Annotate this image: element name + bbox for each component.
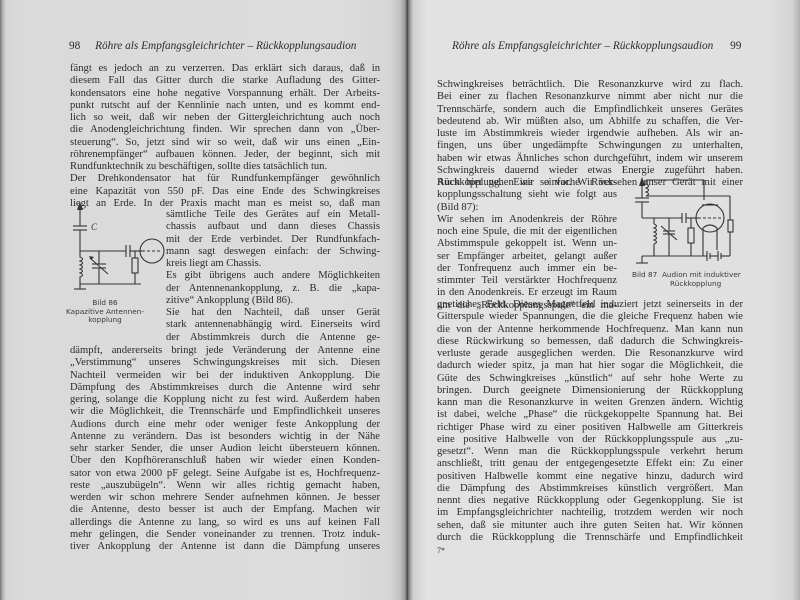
text-line: ist dabei, welche „Phase“ die rückgekopp… [437,409,743,421]
left-page-header: 98 Röhre als Empfangsgleichrichter – Rüc… [69,40,356,52]
text-line: Antenne zu verändern. Das ist besonders … [70,431,380,443]
text-line: eine positive Halbwelle von der Rückkopp… [437,434,743,446]
text-line: bedeutend ab. Wir müßten also, um Abhilf… [437,116,743,128]
text-line: kondensators eine hohe negative Vorspann… [70,88,380,100]
text-line: mann sagt deswegen einfach: der Schwing- [166,246,380,258]
page-number: 99 [730,40,741,52]
text-line: Gitterspule wieder Spannungen, die die g… [437,311,743,323]
text-line: anschließt, tritt genau der entgegengese… [437,458,743,470]
figure-caption-line: kopplung [55,316,155,325]
text-line: werden wir schon mehrere Sender aufnehme… [70,492,380,504]
text-line: Bei einer zu flachen Resonanzkurve nimmt… [437,91,743,103]
text-line: mit der Erde verbindet. Der Rundfunkfach… [166,234,380,246]
text-line: durch die Rückkopplung die Trennschärfe … [437,532,743,544]
text-line: Rückkopplung. Eine einfache Rück- [437,177,617,189]
text-line: der Abstimmkreis durch die Antenne ge- [166,332,380,344]
figure-label: Bild 87 [632,270,657,279]
text-line: die Anodengleichrichtung finden. Wir spr… [70,124,380,136]
running-title: Röhre als Empfangsgleichrichter – Rückko… [452,40,713,52]
text-line: reste „auszubügeln“. Wenn wir alles rich… [70,480,380,492]
text-line: Wir sehen im Anodenkreis der Röhre [437,214,617,226]
circuit-diagram-capacitive-coupling: C [66,200,166,292]
text-line: tiver Ankopplung der Antenne ist dann di… [70,541,380,553]
paragraph-block: Schwingkreises beträchtlich. Die Resonan… [437,79,743,189]
text-line: Sie hat den Nachteil, daß unser Gerät [166,307,380,319]
text-line: punkt rutscht auf der Kennlinie nach unt… [70,100,380,112]
text-line: Der Drehkondensator hat für Rundfunkempf… [70,173,380,185]
signature-mark: 7* [437,546,445,555]
text-line: ser Empfänger arbeitet, gelangt außer [437,251,617,263]
right-page: Röhre als Empfangsgleichrichter – Rückko… [407,0,800,600]
text-line: noch eine Spule, die mit der eigentliche… [437,226,617,238]
paragraph-block: dämpft, andererseits bringt jede Verände… [70,345,380,553]
text-line: allerdings die Antenne zu lang, so wird … [70,517,380,529]
paragraph-block-wrap: sämtliche Teile des Gerätes auf ein Meta… [166,209,380,344]
text-line: dadurch wieder spitz, ja man hat hier so… [437,360,743,372]
text-line: stimmter Teil verstärkter Hochfrequenz [437,275,617,287]
text-line: gnetisches Feld. Dieses Magnetfeld induz… [437,299,743,311]
text-line: „Verstimmung“ unseres Schwingungskreises… [70,357,380,369]
text-line: verluste gerade ausgeglichen werden. Die… [437,348,743,360]
text-line: kreis liegt am Chassis. [166,258,380,270]
text-line: (Bild 87): [437,202,617,214]
text-line: Über den Kopfhöreranschluß haben wir wie… [70,455,380,467]
book-spread: 98 Röhre als Empfangsgleichrichter – Rüc… [0,0,800,600]
figure-caption: Bild 86 Kapazitive Antennen- kopplung [55,299,155,325]
text-line: bringen. Durch geeignete Dimensionierung… [437,385,743,397]
text-line: der Tonfrequenz auch immer ein be- [437,263,617,275]
text-line: die Antenne, desto besser ist auch der E… [70,504,380,516]
text-line: der Antennenankopplung, z. B. die „kapa- [166,283,380,295]
text-line: nennt dies negative Rückkopplung oder Ge… [437,495,743,507]
text-line: diesem Fall das Gitter durch die starke … [70,75,380,87]
left-page: 98 Röhre als Empfangsgleichrichter – Rüc… [0,0,407,600]
text-line: Rundfunktechnik zu beschäftigen, sollte … [70,161,380,173]
text-line: steuerung“. So, jetzt sind wir so weit, … [70,137,380,149]
paragraph-block: gnetisches Feld. Dieses Magnetfeld induz… [437,299,743,544]
text-line: mehr gelingen, die Sender voneinander zu… [70,529,380,541]
text-line: Es gibt übrigens auch andere Möglichkeit… [166,270,380,282]
text-line: die von der Antenne herkommende Hochfreq… [437,324,743,336]
text-line: chassis aufbaut und dann dieses Chassis [166,221,380,233]
text-line: kann man die Resonanzkurve in weiten Gre… [437,397,743,409]
text-line: fängt es jedoch an zu verzerren. Das erk… [70,63,380,75]
text-line: Dämpfung des Abstimmkreises durch die An… [70,382,380,394]
text-line: sator von etwa 2000 pF gelegt. Seine Auf… [70,468,380,480]
running-title: Röhre als Empfangsgleichrichter – Rückko… [95,40,356,52]
text-line: Nachteil vermeiden wir bei der induktive… [70,370,380,382]
capacitor-label: C [91,222,98,232]
text-line: Audions durch eine mehr oder weniger fes… [70,419,380,431]
text-line: Abstimmspule gekoppelt ist. Wenn un- [437,238,617,250]
text-line: lich so weit, daß wir neben der Gittergl… [70,112,380,124]
text-line: in den Anodenkreis. Er erzeugt im Raum [437,287,617,299]
text-line: die Dämpfung des Abstimmkreises künstlic… [437,483,743,495]
right-page-header: Röhre als Empfangsgleichrichter – Rückko… [452,40,741,52]
text-line: haben wir etwas Ähnliches schon durchgef… [437,153,743,165]
text-line: sämtliche Teile des Gerätes auf ein Meta… [166,209,380,221]
paragraph-block: fängt es jedoch an zu verzerren. Das erk… [70,63,380,210]
text-line: richtiger Phase wird zu einer positiven … [437,422,743,434]
text-line: dämpft, andererseits bringt jede Verände… [70,345,380,357]
text-line: luste im Abstimmkreis wieder irgendwie a… [437,128,743,140]
text-line: Güte des Schwingkreises „künstlich“ auf … [437,373,743,385]
text-line: diese Rückwirkung so bemessen, daß dadur… [437,336,743,348]
text-line: zitive“ Ankopplung (Bild 86). [166,295,380,307]
text-line: wir die Möglichkeit, die Trennschärfe un… [70,406,380,418]
circuit-diagram-inductive-feedback [632,176,752,266]
text-line: stark antennenabhängig wird. Einerseits … [166,319,380,331]
text-line: positiven Halbwelle kommt eine negative … [437,471,743,483]
text-line: sehen, daß sie mitunter auch ihre guten … [437,520,743,532]
text-line: Trennschärfe, sondern auch die Empfindli… [437,104,743,116]
figure-caption: Bild 87 Audion mit induktiver Rückkopplu… [632,271,757,288]
figure-caption-line: Audion mit induktiver [662,270,741,279]
figure-caption-line: Rückkopplung [632,280,757,289]
text-line: gering, solange die Kopplung nicht zu fe… [70,394,380,406]
text-line: Schwingkreises beträchtlich. Die Resonan… [437,79,743,91]
text-line: röhrenempfänger“ aufbauen können. Jeder,… [70,149,380,161]
text-line: sehr starker Sender, die unser Audion le… [70,443,380,455]
text-line: kopplungsschaltung sieht wie folgt aus [437,189,617,201]
page-number: 98 [69,40,80,52]
text-line: gesetzt“. Wenn man die Rückkopplungsspul… [437,446,743,458]
text-line: im Empfangsgleichrichter nachteilig, tro… [437,507,743,519]
text-line: fingen, uns über ungedämpfte Schwingunge… [437,140,743,152]
paragraph-block-wrap: Rückkopplung. Eine einfache Rück-kopplun… [437,177,617,312]
text-line: eine Kapazität von 550 pF. Das eine Ende… [70,186,380,198]
